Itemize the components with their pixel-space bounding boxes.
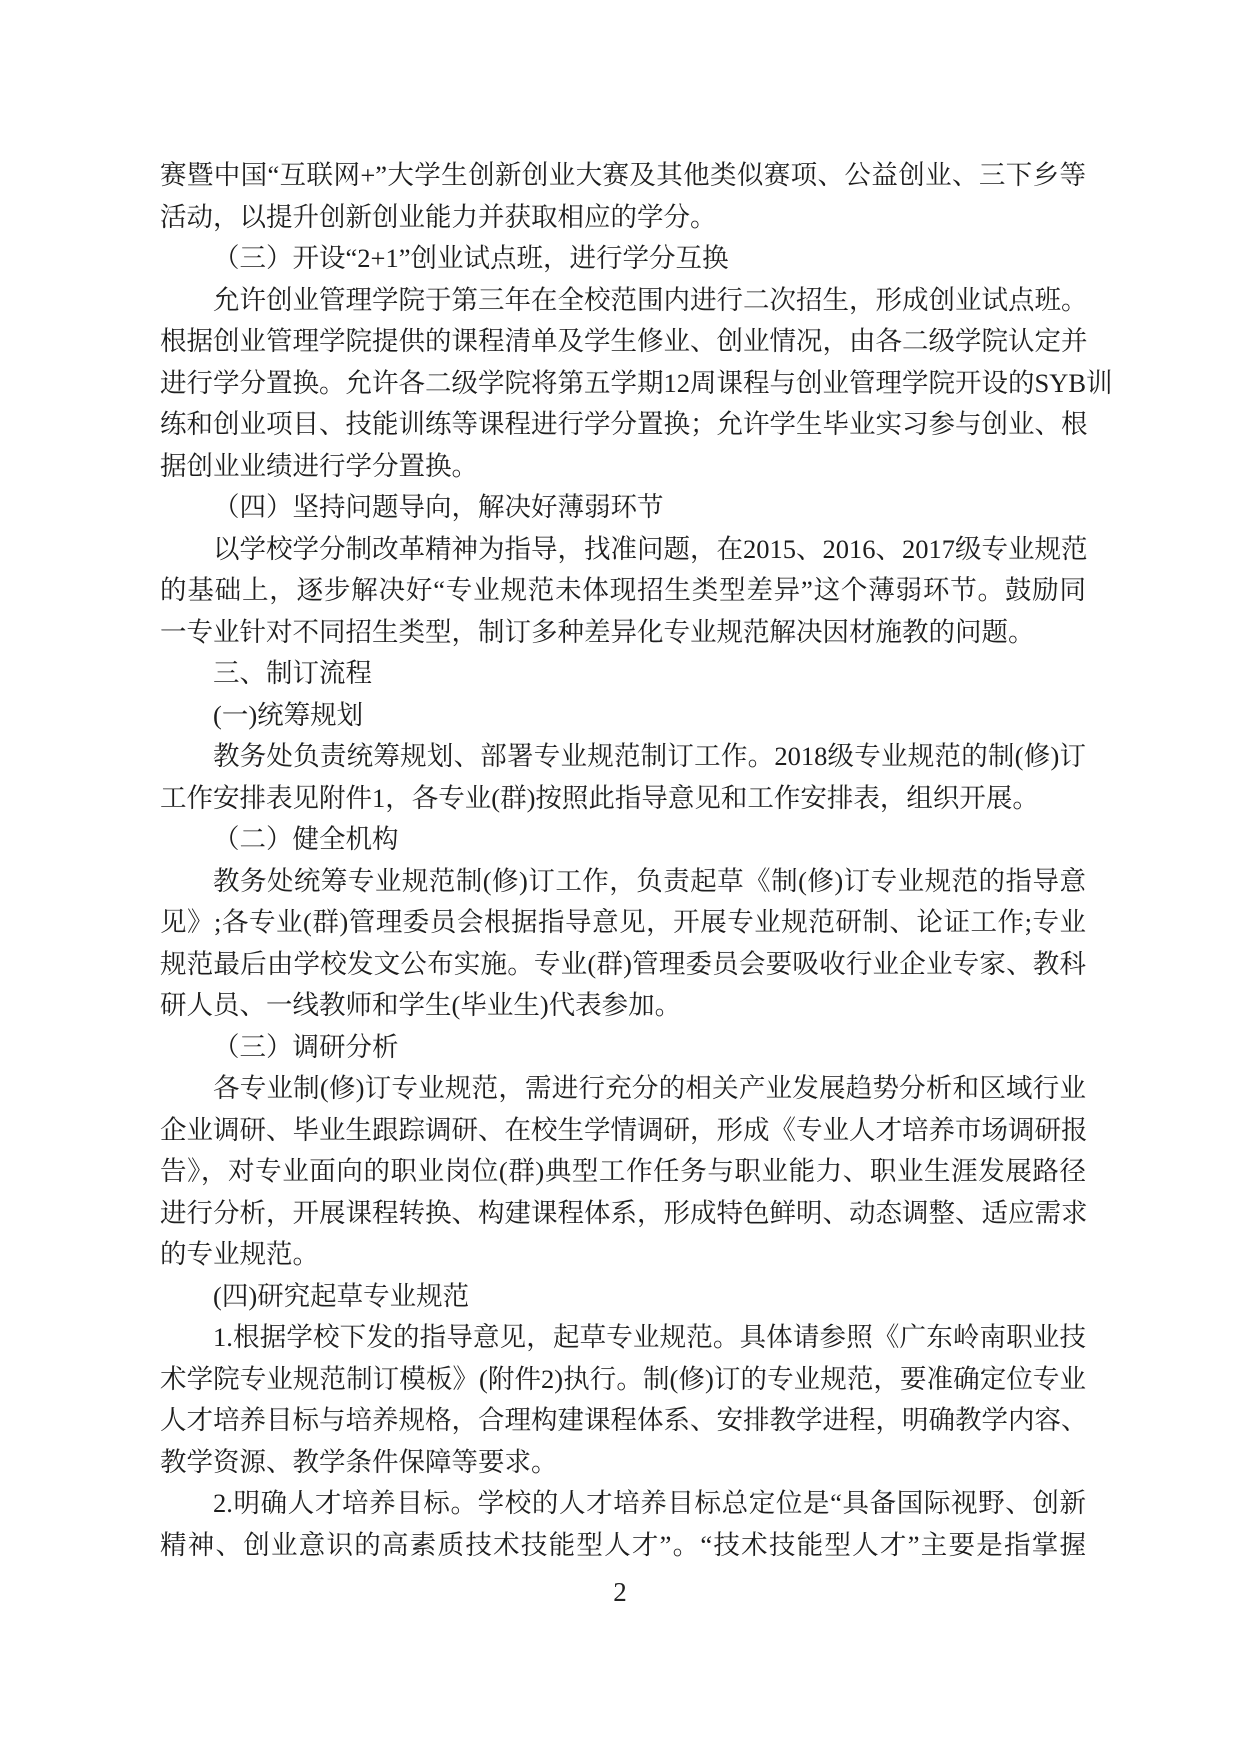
document-body: 赛暨中国“互联网+”大学生创新创业大赛及其他类似赛项、公益创业、三下乡等活动，以…	[160, 155, 1086, 1566]
text-line: (四)研究起草专业规范	[160, 1276, 1086, 1318]
text-line: 术学院专业规范制订模板》(附件2)执行。制(修)订的专业规范，要准确定位专业	[160, 1359, 1086, 1401]
text-line: 告》，对专业面向的职业岗位(群)典型工作任务与职业能力、职业生涯发展路径	[160, 1151, 1086, 1193]
text-line: 精神、创业意识的高素质技术技能型人才”。“技术技能型人才”主要是指掌握	[160, 1525, 1086, 1567]
text-line: 活动，以提升创新创业能力并获取相应的学分。	[160, 197, 1086, 239]
page-number: 2	[0, 1572, 1240, 1612]
text-line: 教学资源、教学条件保障等要求。	[160, 1442, 1086, 1484]
text-line: （二）健全机构	[160, 819, 1086, 861]
text-line: 工作安排表见附件1，各专业(群)按照此指导意见和工作安排表，组织开展。	[160, 778, 1086, 820]
text-line: 赛暨中国“互联网+”大学生创新创业大赛及其他类似赛项、公益创业、三下乡等	[160, 155, 1086, 197]
text-line: 的专业规范。	[160, 1234, 1086, 1276]
text-line: 研人员、一线教师和学生(毕业生)代表参加。	[160, 985, 1086, 1027]
text-line: 见》;各专业(群)管理委员会根据指导意见，开展专业规范研制、论证工作;专业	[160, 902, 1086, 944]
document-page: 赛暨中国“互联网+”大学生创新创业大赛及其他类似赛项、公益创业、三下乡等活动，以…	[0, 0, 1240, 1753]
text-line: 的基础上，逐步解决好“专业规范未体现招生类型差异”这个薄弱环节。鼓励同	[160, 570, 1086, 612]
text-line: 各专业制(修)订专业规范，需进行充分的相关产业发展趋势分析和区域行业	[160, 1068, 1086, 1110]
text-line: 练和创业项目、技能训练等课程进行学分置换；允许学生毕业实习参与创业、根	[160, 404, 1086, 446]
text-line: 教务处负责统筹规划、部署专业规范制订工作。2018级专业规范的制(修)订	[160, 736, 1086, 778]
text-line: 据创业业绩进行学分置换。	[160, 446, 1086, 488]
text-line: 允许创业管理学院于第三年在全校范围内进行二次招生，形成创业试点班。	[160, 280, 1086, 322]
text-line: 三、制订流程	[160, 653, 1086, 695]
text-line: 人才培养目标与培养规格，合理构建课程体系、安排教学进程，明确教学内容、	[160, 1400, 1086, 1442]
text-line: 根据创业管理学院提供的课程清单及学生修业、创业情况，由各二级学院认定并	[160, 321, 1086, 363]
text-line: 2.明确人才培养目标。学校的人才培养目标总定位是“具备国际视野、创新	[160, 1483, 1086, 1525]
text-line: 一专业针对不同招生类型，制订多种差异化专业规范解决因材施教的问题。	[160, 612, 1086, 654]
text-line: 规范最后由学校发文公布实施。专业(群)管理委员会要吸收行业企业专家、教科	[160, 944, 1086, 986]
text-line: 企业调研、毕业生跟踪调研、在校生学情调研，形成《专业人才培养市场调研报	[160, 1110, 1086, 1152]
text-line: 1.根据学校下发的指导意见，起草专业规范。具体请参照《广东岭南职业技	[160, 1317, 1086, 1359]
text-line: 进行分析，开展课程转换、构建课程体系，形成特色鲜明、动态调整、适应需求	[160, 1193, 1086, 1235]
text-line: （四）坚持问题导向，解决好薄弱环节	[160, 487, 1086, 529]
text-line: （三）开设“2+1”创业试点班，进行学分互换	[160, 238, 1086, 280]
text-line: （三）调研分析	[160, 1027, 1086, 1069]
text-line: 教务处统筹专业规范制(修)订工作，负责起草《制(修)订专业规范的指导意	[160, 861, 1086, 903]
text-line: 进行学分置换。允许各二级学院将第五学期12周课程与创业管理学院开设的SYB训	[160, 363, 1086, 405]
text-line: 以学校学分制改革精神为指导，找准问题，在2015、2016、2017级专业规范	[160, 529, 1086, 571]
text-line: (一)统筹规划	[160, 695, 1086, 737]
